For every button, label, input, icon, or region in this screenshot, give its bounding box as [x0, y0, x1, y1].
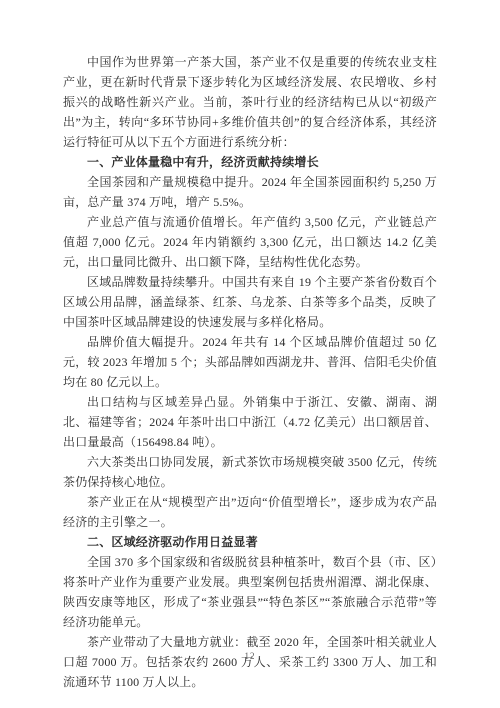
paragraph-employment: 茶产业带动了大量地方就业：截至 2020 年，全国茶叶相关就业人口超 7000 … [63, 632, 437, 692]
paragraph-regional-brands: 区域品牌数量持续攀升。中国共有来自 19 个主要产茶省份数百个区域公用品牌，涵盖… [63, 272, 437, 332]
paragraph-six-tea-types: 六大茶类出口协同发展，新式茶饮市场规模突破 3500 亿元，传统茶仍保持核心地位… [63, 452, 437, 492]
document-page: 中国作为世界第一产茶大国，茶产业不仅是重要的传统农业支柱产业，更在新时代背景下逐… [0, 0, 500, 708]
paragraph-value-growth: 茶产业正在从“规模型产出”迈向“价值型增长”，逐步成为农产品经济的主引擎之一。 [63, 492, 437, 532]
paragraph-intro: 中国作为世界第一产茶大国，茶产业不仅是重要的传统农业支柱产业，更在新时代背景下逐… [63, 52, 437, 152]
section-heading-2: 二、区域经济驱动作用日益显著 [63, 532, 437, 552]
paragraph-output-value: 产业总产值与流通价值增长。年产值约 3,500 亿元，产业链总产值超 7,000… [63, 212, 437, 272]
paragraph-export-structure: 出口结构与区域差异凸显。外销集中于浙江、安徽、湖南、湖北、福建等省；2024 年… [63, 392, 437, 452]
paragraph-tea-garden-scale: 全国茶园和产量规模稳中提升。2024 年全国茶园面积约 5,250 万亩，总产量… [63, 172, 437, 212]
page-number: 12 [0, 651, 500, 661]
section-heading-1: 一、产业体量稳中有升，经济贡献持续增长 [63, 152, 437, 172]
paragraph-poverty-counties: 全国 370 多个国家级和省级脱贫县种植茶叶，数百个县（市、区）将茶叶产业作为重… [63, 552, 437, 632]
paragraph-brand-value: 品牌价值大幅提升。2024 年共有 14 个区域品牌价值超过 50 亿元，较 2… [63, 332, 437, 392]
